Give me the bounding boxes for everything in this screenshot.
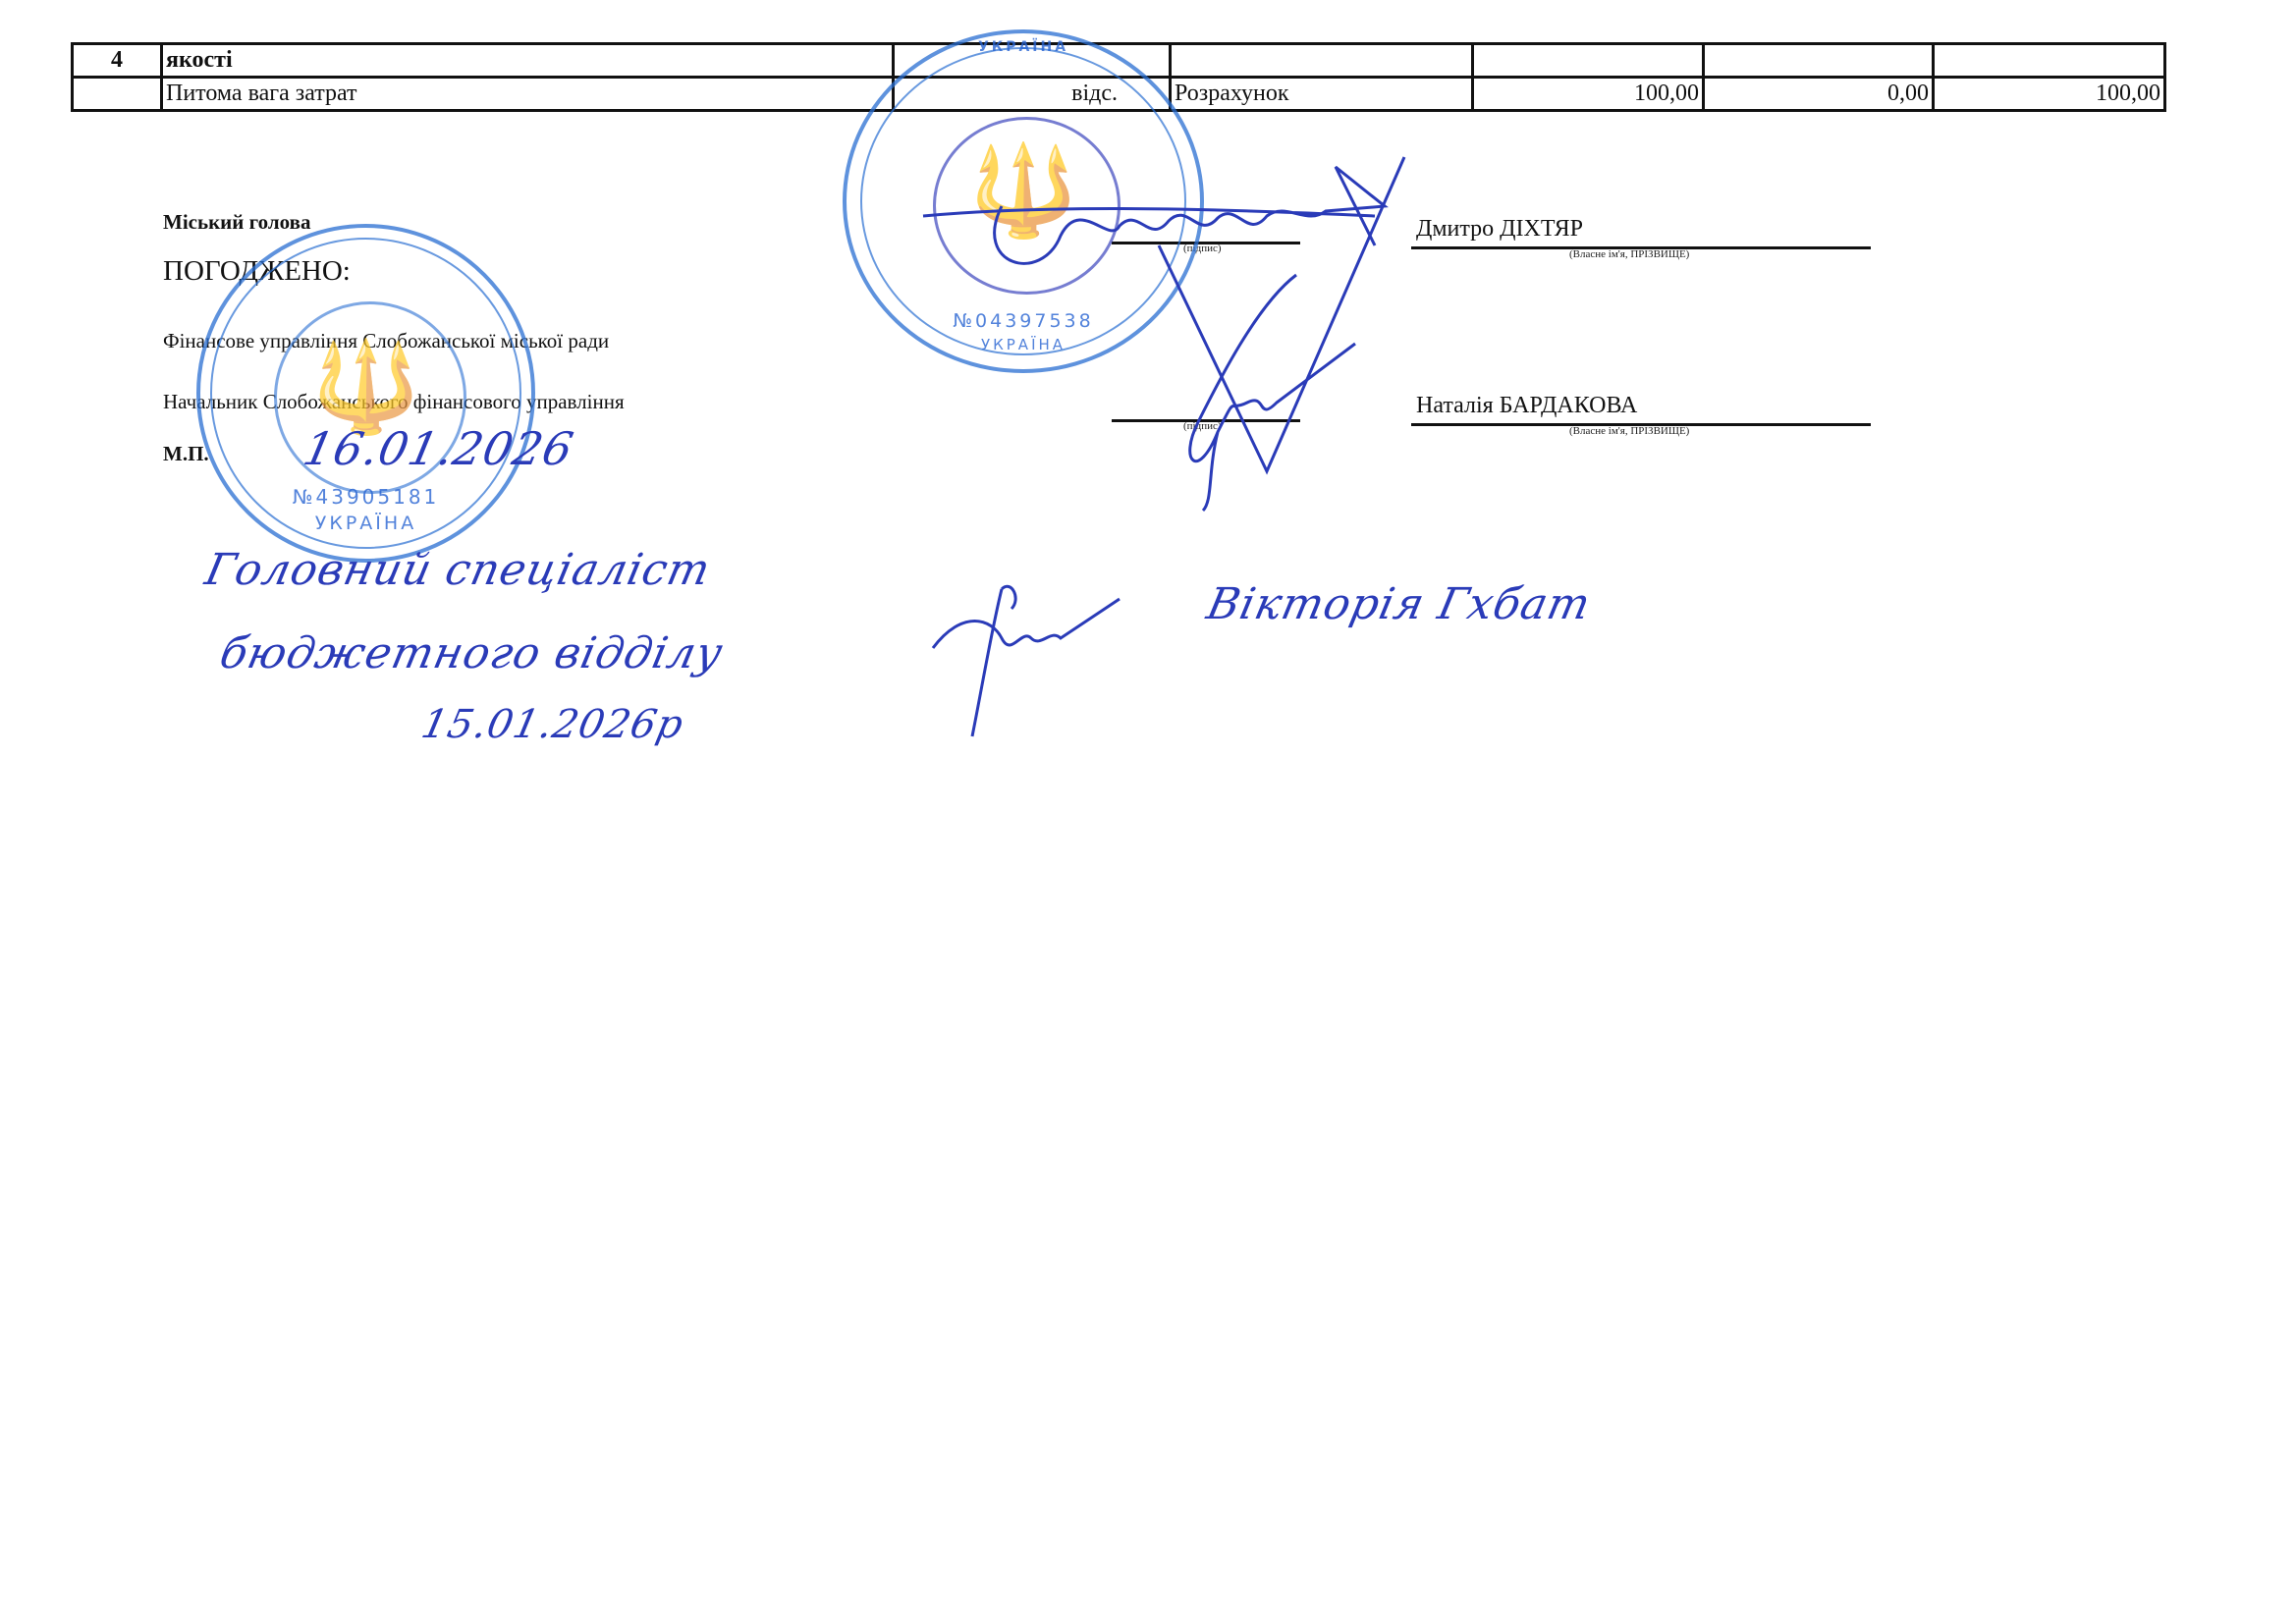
indicator-name: якості xyxy=(162,44,894,78)
handwritten-specialist-name: Вікторія Гхбат xyxy=(1203,579,1596,629)
finance-head-signature-scribble xyxy=(1159,265,1375,520)
stamp-number: №43905181 xyxy=(200,485,531,509)
value-cell-3 xyxy=(1934,44,2165,78)
seal-label: М.П. xyxy=(163,442,209,466)
handwritten-position-line1: Головний спеціаліст xyxy=(201,545,716,595)
value-cell-2: 0,00 xyxy=(1704,78,1934,111)
row-number xyxy=(73,78,162,111)
value-cell-3: 100,00 xyxy=(1934,78,2165,111)
mayor-name: Дмитро ДІХТЯР xyxy=(1416,216,1583,243)
finance-head-name: Наталія БАРДАКОВА xyxy=(1416,393,1637,419)
value-cell-1 xyxy=(1473,44,1704,78)
specialist-signature-scribble xyxy=(913,569,1129,746)
finance-head-name-caption: (Власне ім'я, ПРІЗВИЩЕ) xyxy=(1569,425,1689,437)
handwritten-position-line2: бюджетного відділу xyxy=(216,628,728,678)
row-number: 4 xyxy=(73,44,162,78)
handwritten-date: 15.01.2026р xyxy=(417,702,687,747)
mayor-label: Міський голова xyxy=(163,210,310,235)
source-cell xyxy=(1171,44,1473,78)
value-cell-2 xyxy=(1704,44,1934,78)
handwritten-stamp-date: 16.01.2026 xyxy=(299,422,578,475)
mayor-name-caption: (Власне ім'я, ПРІЗВИЩЕ) xyxy=(1569,248,1689,260)
value-cell-1: 100,00 xyxy=(1473,78,1704,111)
finance-dept-stamp: 🔱 №43905181 УКРАЇНА xyxy=(196,224,535,563)
source-cell: Розрахунок xyxy=(1171,78,1473,111)
indicator-name: Питома вага затрат xyxy=(162,78,894,111)
